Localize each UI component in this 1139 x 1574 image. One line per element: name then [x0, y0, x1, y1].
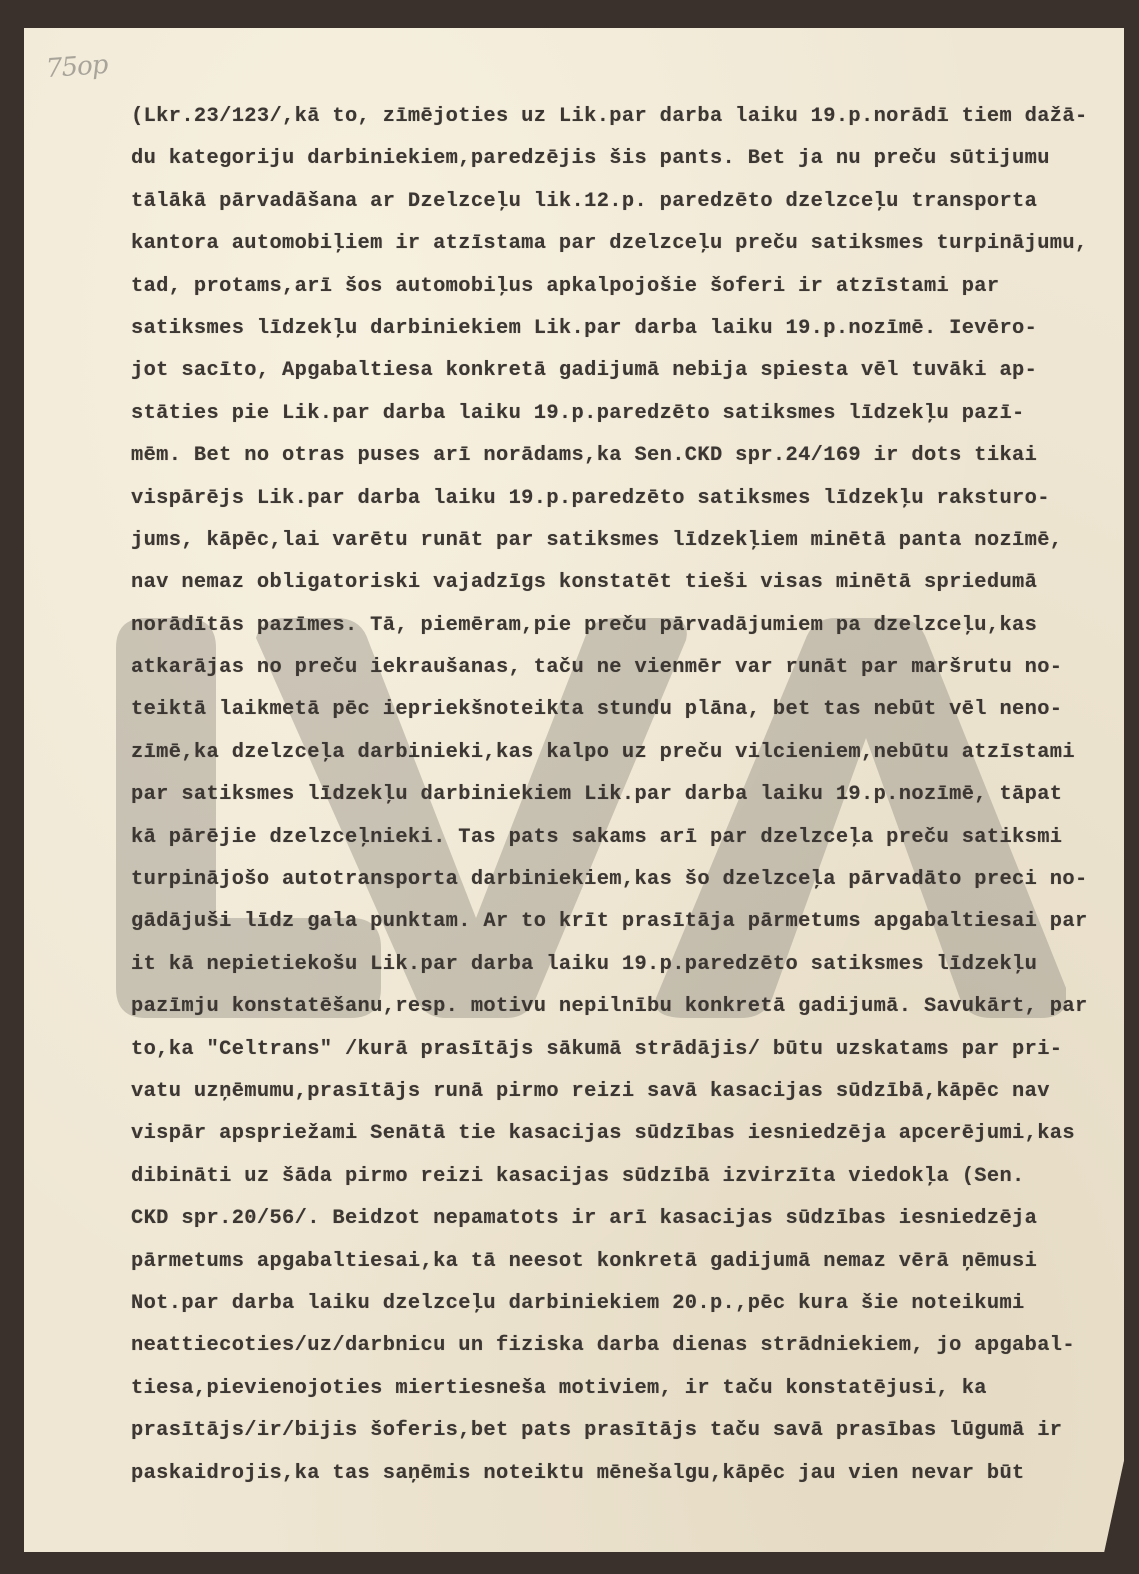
- text-line: du kategoriju darbiniekiem,paredzējis ši…: [131, 138, 1091, 180]
- text-line: atkarājas no preču iekraušanas, taču ne …: [131, 647, 1091, 689]
- text-line: tiesa,pievienojoties miertiesneša motivi…: [131, 1368, 1091, 1410]
- text-line: vatu uzņēmumu,prasītājs runā pirmo reizi…: [131, 1071, 1091, 1113]
- text-line: mēm. Bet no otras puses arī norādams,ka …: [131, 435, 1091, 477]
- text-line: teiktā laikmetā pēc iepriekšnoteikta stu…: [131, 689, 1091, 731]
- typewritten-text: (Lkr.23/123/,kā to, zīmējoties uz Lik.pa…: [131, 96, 1091, 1495]
- text-line: pārmetums apgabaltiesai,ka tā neesot kon…: [131, 1241, 1091, 1283]
- text-line: zīmē,ka dzelzceļa darbinieki,kas kalpo u…: [131, 732, 1091, 774]
- text-line: tad, protams,arī šos automobiļus apkalpo…: [131, 266, 1091, 308]
- text-line: paskaidrojis,ka tas saņēmis noteiktu mēn…: [131, 1453, 1091, 1495]
- text-line: Not.par darba laiku dzelzceļu darbinieki…: [131, 1283, 1091, 1325]
- text-line: jums, kāpēc,lai varētu runāt par satiksm…: [131, 520, 1091, 562]
- text-line: tālākā pārvadāšana ar Dzelzceļu lik.12.p…: [131, 181, 1091, 223]
- text-line: kantora automobiļiem ir atzīstama par dz…: [131, 223, 1091, 265]
- text-line: jot sacīto, Apgabaltiesa konkretā gadiju…: [131, 350, 1091, 392]
- text-line: neattiecoties/uz/darbnicu un fiziska dar…: [131, 1325, 1091, 1367]
- document-page: 75op (Lkr.23/123/,kā to, zīmējoties uz L…: [24, 28, 1124, 1552]
- text-line: satiksmes līdzekļu darbiniekiem Lik.par …: [131, 308, 1091, 350]
- text-line: prasītājs/ir/bijis šoferis,bet pats pras…: [131, 1410, 1091, 1452]
- text-line: par satiksmes līdzekļu darbiniekiem Lik.…: [131, 774, 1091, 816]
- text-line: it kā nepietiekošu Lik.par darba laiku 1…: [131, 944, 1091, 986]
- text-line: to,ka "Celtrans" /kurā prasītājs sākumā …: [131, 1029, 1091, 1071]
- text-line: dibināti uz šāda pirmo reizi kasacijas s…: [131, 1156, 1091, 1198]
- handwritten-page-number: 75op: [45, 50, 108, 84]
- text-line: vispār apspriežami Senātā tie kasacijas …: [131, 1113, 1091, 1155]
- text-line: norādītās pazīmes. Tā, piemēram,pie preč…: [131, 605, 1091, 647]
- text-line: vispārējs Lik.par darba laiku 19.p.pared…: [131, 478, 1091, 520]
- text-line: turpinājošo autotransporta darbiniekiem,…: [131, 859, 1091, 901]
- text-line: gādājuši līdz gala punktam. Ar to krīt p…: [131, 901, 1091, 943]
- text-line: kā pārējie dzelzceļnieki. Tas pats sakam…: [131, 817, 1091, 859]
- text-line: (Lkr.23/123/,kā to, zīmējoties uz Lik.pa…: [131, 96, 1091, 138]
- text-line: stāties pie Lik.par darba laiku 19.p.par…: [131, 393, 1091, 435]
- text-line: CKD spr.20/56/. Beidzot nepamatots ir ar…: [131, 1198, 1091, 1240]
- text-line: nav nemaz obligatoriski vajadzīgs konsta…: [131, 562, 1091, 604]
- text-line: pazīmju konstatēšanu,resp. motivu nepiln…: [131, 986, 1091, 1028]
